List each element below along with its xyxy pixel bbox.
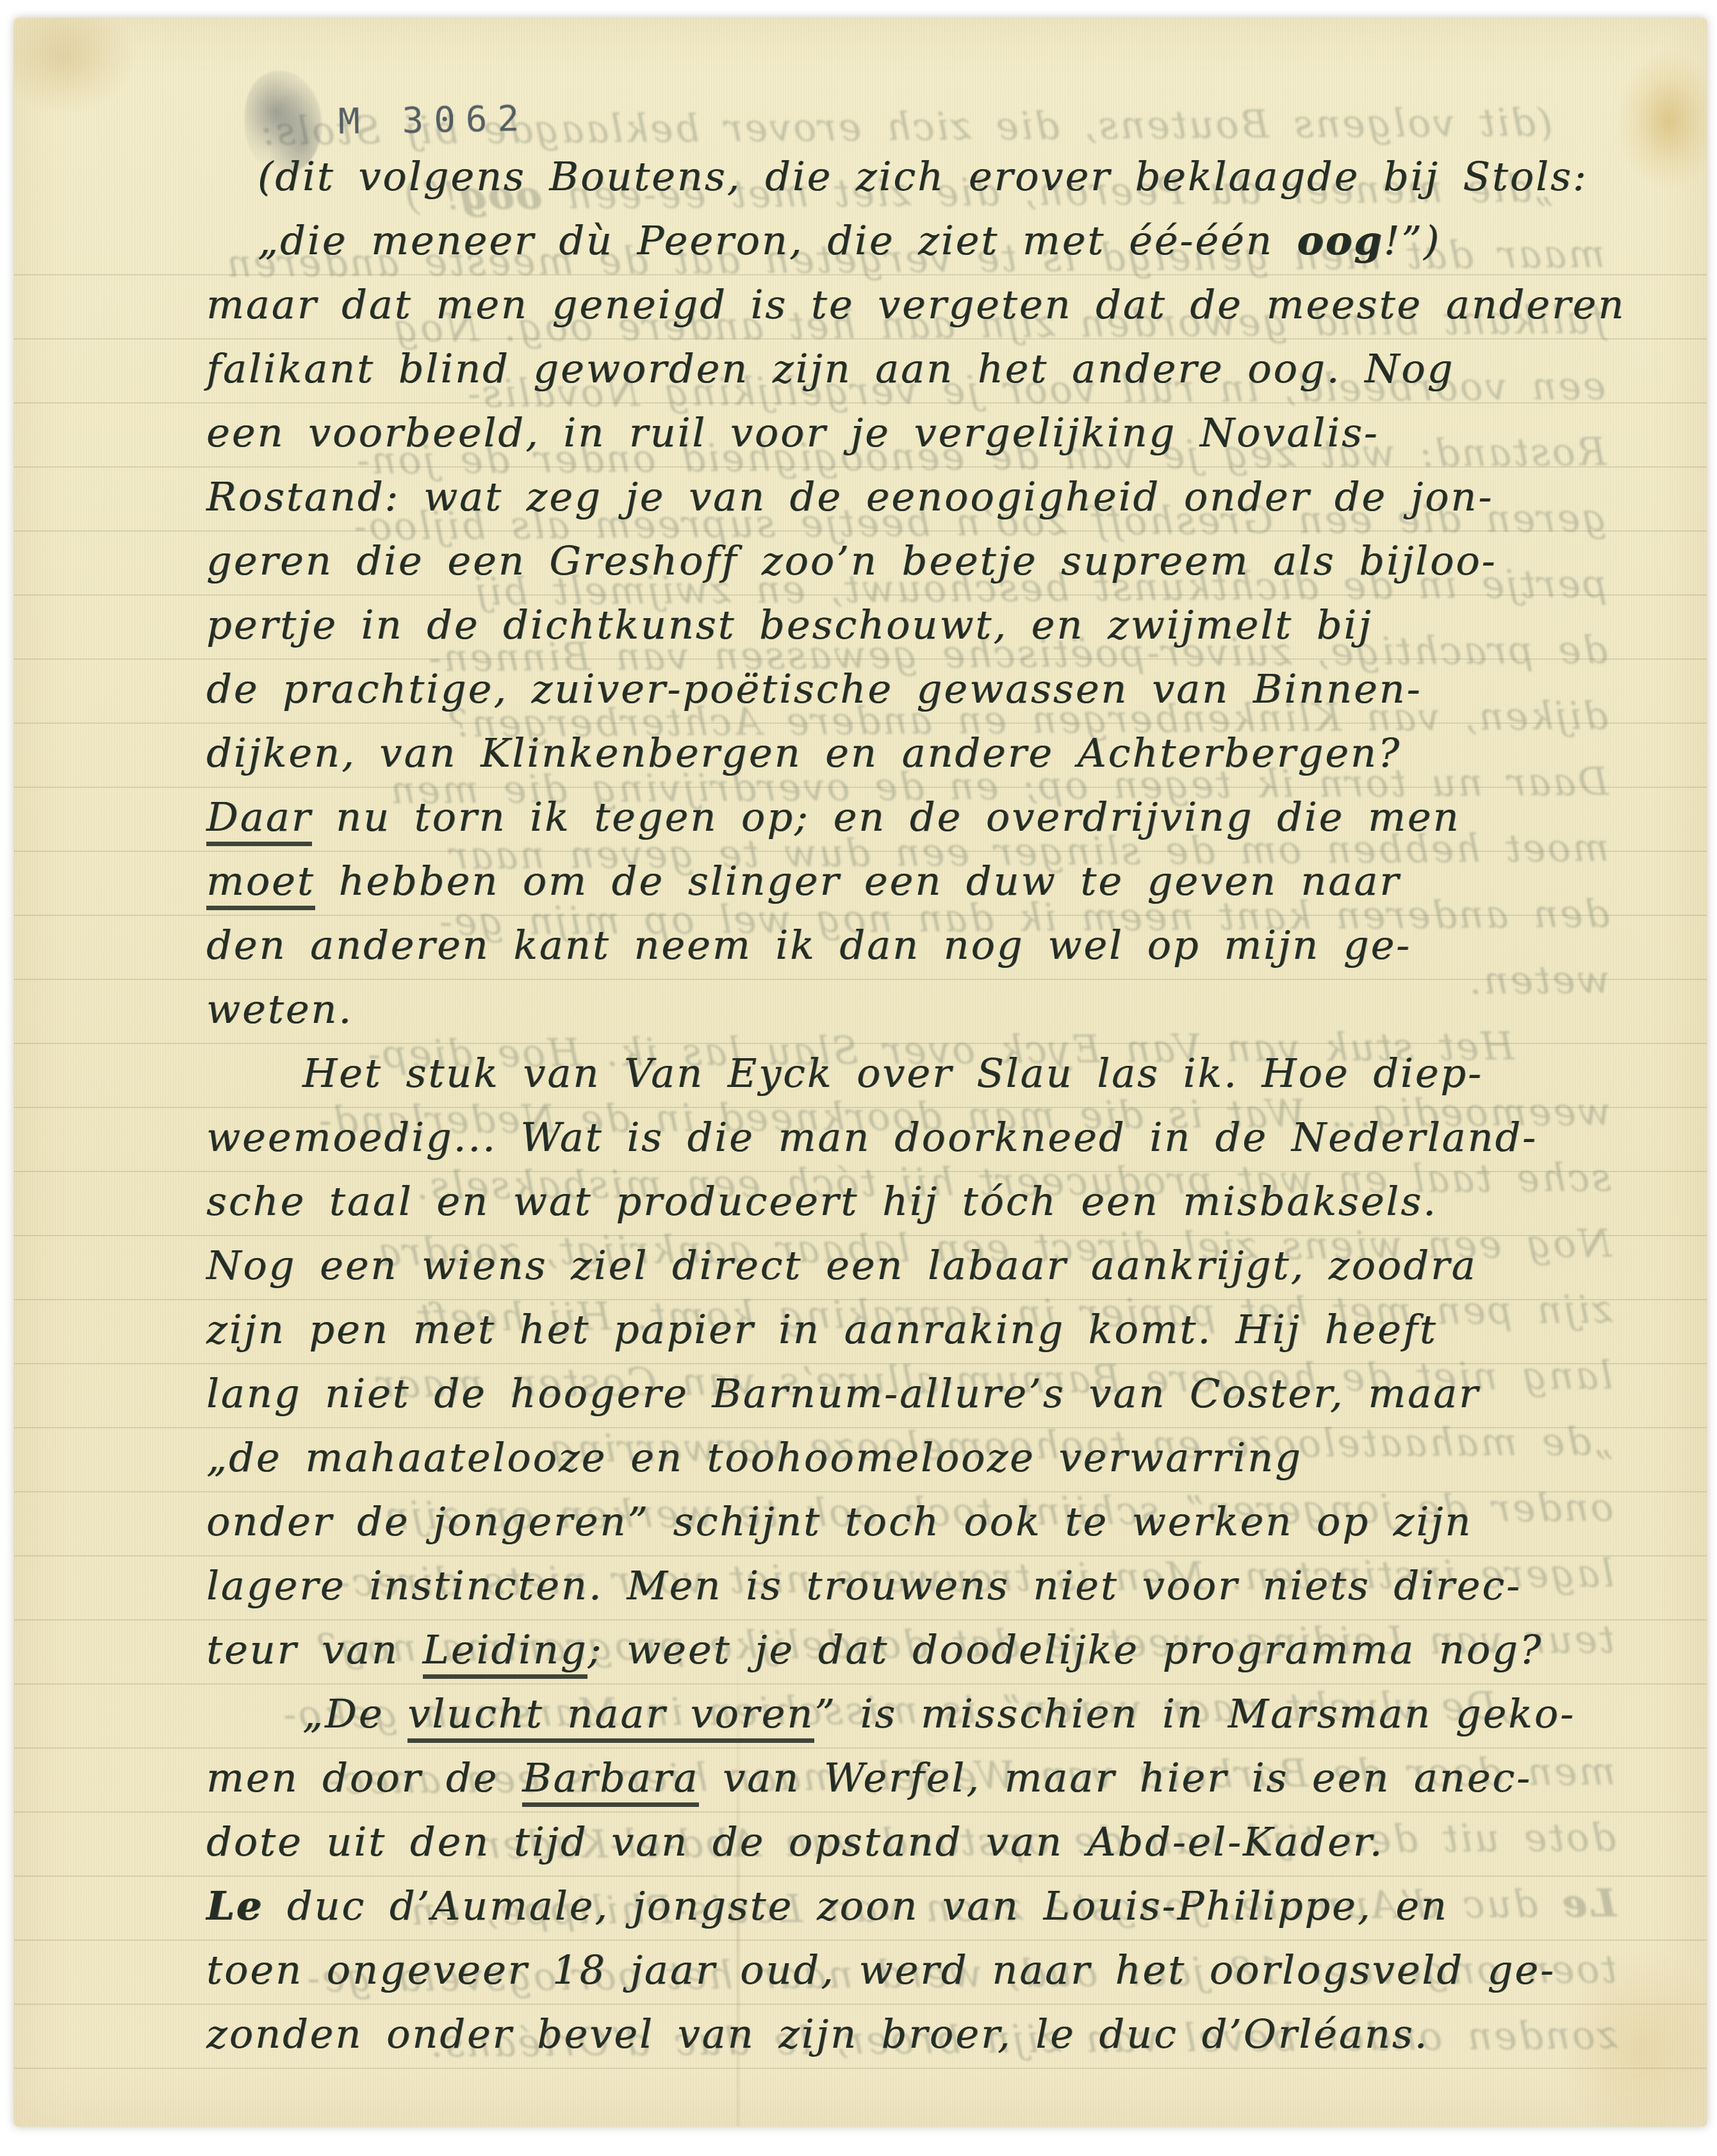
letter-line: zijn pen met het papier in aanraking kom… xyxy=(206,1298,1643,1362)
text-segment: de prachtige, zuiver-poëtische gewassen … xyxy=(206,666,1422,712)
text-segment: dote uit den tijd van de opstand van Abd… xyxy=(206,1818,1384,1865)
letter-line: sche taal en wat produceert hij tóch een… xyxy=(206,1170,1643,1234)
letter-line: moet hebben om de slinger een duw te gev… xyxy=(206,849,1643,913)
text-segment: van Werfel, maar hier is een anec- xyxy=(699,1754,1532,1801)
letter-line: dote uit den tijd van de opstand van Abd… xyxy=(206,1810,1643,1874)
emphasized-word: Le xyxy=(206,1882,263,1929)
letter-line: teur van Leiding; weet je dat doodelijke… xyxy=(206,1618,1643,1682)
letter-line: de prachtige, zuiver-poëtische gewassen … xyxy=(206,657,1643,721)
letter-line: (dit volgens Boutens, die zich erover be… xyxy=(206,145,1643,209)
underlined-word: Daar xyxy=(206,794,312,846)
paper: (dit volgens Boutens, die zich erover be… xyxy=(14,18,1707,2127)
text-segment: onder de jongeren” schijnt toch ook te w… xyxy=(206,1498,1472,1545)
letter-line: „de mahaatelooze en toohoomelooze verwar… xyxy=(206,1426,1643,1490)
text-segment: weten. xyxy=(206,986,353,1033)
text-segment: „de mahaatelooze en toohoomelooze verwar… xyxy=(206,1434,1302,1481)
letter-line: lang niet de hoogere Barnum-allure’s van… xyxy=(206,1362,1643,1426)
text-segment: den anderen kant neem ik dan nog wel op … xyxy=(206,922,1411,968)
text-segment: hebben om de slinger een duw te geven na… xyxy=(315,858,1401,904)
text-segment: geren die een Greshoff zoo’n beetje supr… xyxy=(206,537,1497,584)
paper-stain xyxy=(14,18,136,114)
letter-line: men door de Barbara van Werfel, maar hie… xyxy=(206,1746,1643,1810)
stamp-code: M 3062 xyxy=(338,97,529,142)
text-segment: nu torn ik tegen op; en de overdrijving … xyxy=(312,794,1460,840)
letter-line: zonden onder bevel van zijn broer, le du… xyxy=(206,2002,1643,2066)
letter-line: Nog een wiens ziel direct een labaar aan… xyxy=(206,1234,1643,1298)
emphasized-word: oog xyxy=(1297,217,1383,264)
underlined-word: vlucht naar voren xyxy=(407,1690,814,1743)
text-segment: een voorbeeld, in ruil voor je vergelijk… xyxy=(206,409,1379,456)
letter-line: een voorbeeld, in ruil voor je vergelijk… xyxy=(206,401,1643,465)
underlined-word: Leiding xyxy=(423,1626,588,1679)
letter-line: falikant blind geworden zijn aan het and… xyxy=(206,337,1643,401)
letter-line: „die meneer dù Peeron, die ziet met éé-é… xyxy=(206,209,1643,273)
letter-line: geren die een Greshoff zoo’n beetje supr… xyxy=(206,529,1643,593)
scanned-letter-page: (dit volgens Boutens, die zich erover be… xyxy=(0,0,1717,2156)
text-segment: falikant blind geworden zijn aan het and… xyxy=(206,345,1454,392)
underlined-word: moet xyxy=(206,858,315,910)
letter-line: „De vlucht naar voren” is misschien in M… xyxy=(206,1682,1643,1746)
letter-line: Daar nu torn ik tegen op; en de overdrij… xyxy=(206,785,1643,849)
text-segment: sche taal en wat produceert hij tóch een… xyxy=(206,1178,1438,1225)
underlined-word: Barbara xyxy=(522,1754,699,1807)
letter-line: Het stuk van Van Eyck over Slau las ik. … xyxy=(206,1041,1643,1106)
text-segment: teur van xyxy=(206,1626,423,1673)
letter-line: Le duc d’Aumale, jongste zoon van Louis-… xyxy=(206,1874,1643,1938)
text-segment: „De xyxy=(302,1690,407,1737)
letter-line: onder de jongeren” schijnt toch ook te w… xyxy=(206,1490,1643,1554)
text-segment: lagere instincten. Men is trouwens niet … xyxy=(206,1562,1522,1609)
text-segment: men door de xyxy=(206,1754,522,1801)
text-segment: lang niet de hoogere Barnum-allure’s van… xyxy=(206,1370,1480,1417)
text-segment: toen ongeveer 18 jaar oud, werd naar het… xyxy=(206,1947,1556,1993)
text-segment: weemoedig... Wat is die man doorkneed in… xyxy=(206,1114,1538,1161)
text-segment: ; weet je dat doodelijke programma nog? xyxy=(587,1626,1543,1673)
letter-line: lagere instincten. Men is trouwens niet … xyxy=(206,1554,1643,1618)
letter-body: (dit volgens Boutens, die zich erover be… xyxy=(206,145,1643,2066)
letter-line: Rostand: wat zeg je van de eenoogigheid … xyxy=(206,465,1643,529)
text-segment: (dit volgens Boutens, die zich erover be… xyxy=(258,153,1588,200)
letter-line: toen ongeveer 18 jaar oud, werd naar het… xyxy=(206,1938,1643,2002)
letter-line: den anderen kant neem ik dan nog wel op … xyxy=(206,913,1643,977)
text-segment: maar dat men geneigd is te vergeten dat … xyxy=(206,281,1625,328)
text-segment: ” is misschien in Marsman geko- xyxy=(814,1690,1575,1737)
text-segment: Nog een wiens ziel direct een labaar aan… xyxy=(206,1242,1477,1289)
text-segment: Rostand: wat zeg je van de eenoogigheid … xyxy=(206,473,1493,520)
text-segment: duc d’Aumale, jongste zoon van Louis-Phi… xyxy=(263,1882,1449,1929)
text-segment: pertje in de dichtkunst beschouwt, en zw… xyxy=(206,601,1372,648)
letter-line: maar dat men geneigd is te vergeten dat … xyxy=(206,273,1643,337)
text-segment: !”) xyxy=(1383,217,1441,264)
text-segment: zonden onder bevel van zijn broer, le du… xyxy=(206,2011,1429,2057)
text-segment: dijken, van Klinkenbergen en andere Acht… xyxy=(206,730,1401,776)
letter-line: dijken, van Klinkenbergen en andere Acht… xyxy=(206,721,1643,785)
text-segment: „die meneer dù Peeron, die ziet met éé-é… xyxy=(258,217,1297,264)
letter-line: weemoedig... Wat is die man doorkneed in… xyxy=(206,1106,1643,1170)
text-segment: Het stuk van Van Eyck over Slau las ik. … xyxy=(302,1050,1483,1097)
letter-line: pertje in de dichtkunst beschouwt, en zw… xyxy=(206,593,1643,657)
letter-line: weten. xyxy=(206,977,1643,1041)
text-segment: zijn pen met het papier in aanraking kom… xyxy=(206,1306,1438,1353)
